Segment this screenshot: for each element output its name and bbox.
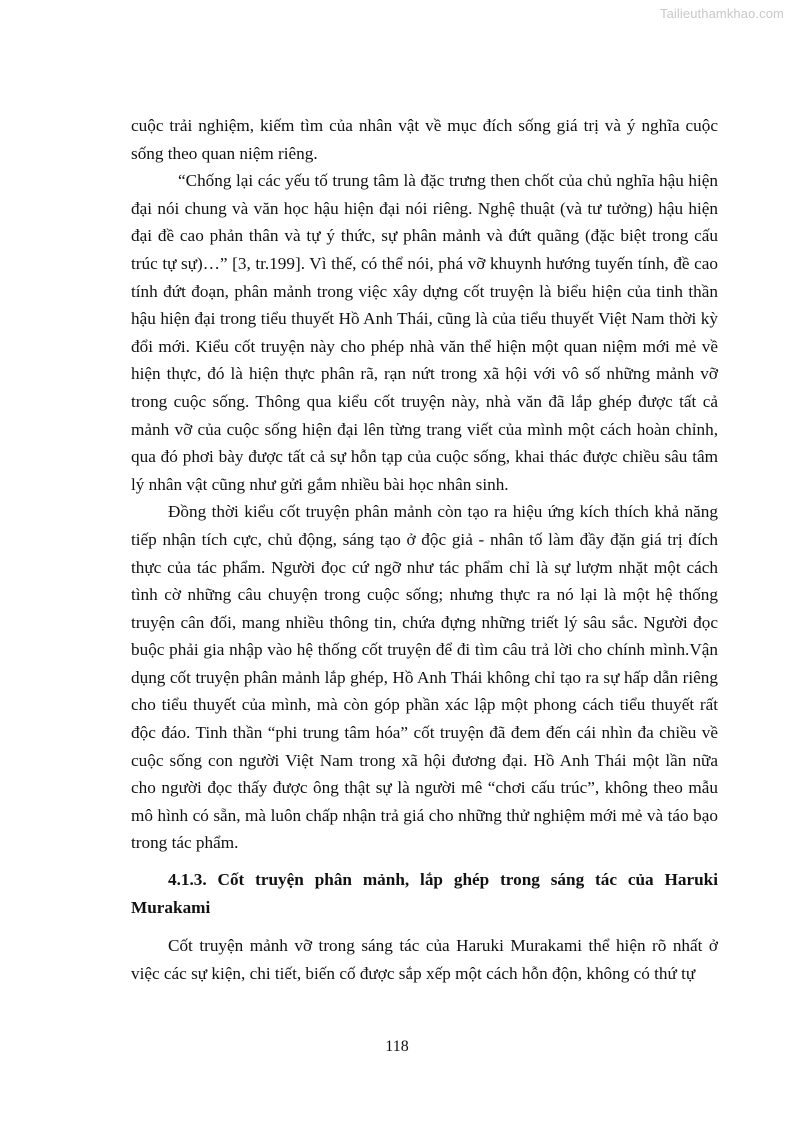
page-number: 118 <box>0 1038 794 1056</box>
paragraph-reader-effect: Đồng thời kiểu cốt truyện phân mảnh còn … <box>131 498 718 857</box>
page-body: cuộc trải nghiệm, kiếm tìm của nhân vật … <box>131 112 718 987</box>
watermark: Tailieuthamkhao.com <box>660 6 784 21</box>
paragraph-murakami: Cốt truyện mảnh vỡ trong sáng tác của Ha… <box>131 932 718 987</box>
paragraph-continuation: cuộc trải nghiệm, kiếm tìm của nhân vật … <box>131 112 718 167</box>
paragraph-quote: “Chống lại các yếu tố trung tâm là đặc t… <box>131 167 718 498</box>
section-heading: 4.1.3. Cốt truyện phân mảnh, lắp ghép tr… <box>131 866 718 922</box>
